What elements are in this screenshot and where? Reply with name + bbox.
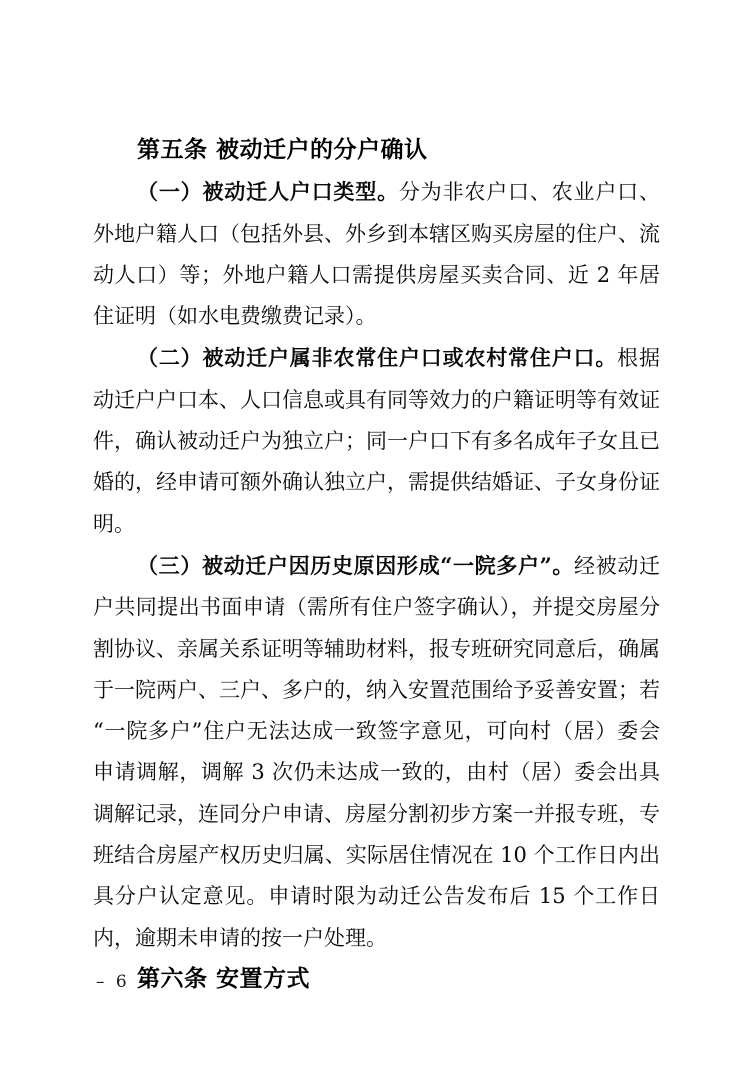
- clause-2-lead: （二）被动迁户属非农常住户口或农村常住户口。: [137, 345, 617, 370]
- clause-3-body: 经被动迁户共同提出书面申请（需所有住户签字确认），并提交房屋分割协议、亲属关系证…: [93, 554, 660, 950]
- clause-2-body: 根据动迁户户口本、人口信息或具有同等效力的户籍证明等有效证件，确认被动迁户为独立…: [93, 346, 660, 535]
- page-number: – 6 –: [96, 972, 150, 992]
- article-5-heading: 第五条 被动迁户的分户确认: [93, 130, 660, 171]
- document-page: 第五条 被动迁户的分户确认 （一）被动迁人户口类型。分为非农户口、农业户口、外地…: [0, 0, 753, 1066]
- clause-2-paragraph: （二）被动迁户属非农常住户口或农村常住户口。根据动迁户户口本、人口信息或具有同等…: [93, 337, 660, 544]
- clause-3-lead: （三）被动迁户因历史原因形成“一院多户”。: [137, 553, 574, 578]
- document-body: 第五条 被动迁户的分户确认 （一）被动迁人户口类型。分为非农户口、农业户口、外地…: [93, 130, 660, 1000]
- clause-3-paragraph: （三）被动迁户因历史原因形成“一院多户”。经被动迁户共同提出书面申请（需所有住户…: [93, 545, 660, 959]
- clause-1-lead: （一）被动迁人户口类型。: [137, 179, 399, 204]
- article-6-heading: 第六条 安置方式: [93, 959, 660, 1000]
- clause-1-paragraph: （一）被动迁人户口类型。分为非农户口、农业户口、外地户籍人口（包括外县、外乡到本…: [93, 171, 660, 337]
